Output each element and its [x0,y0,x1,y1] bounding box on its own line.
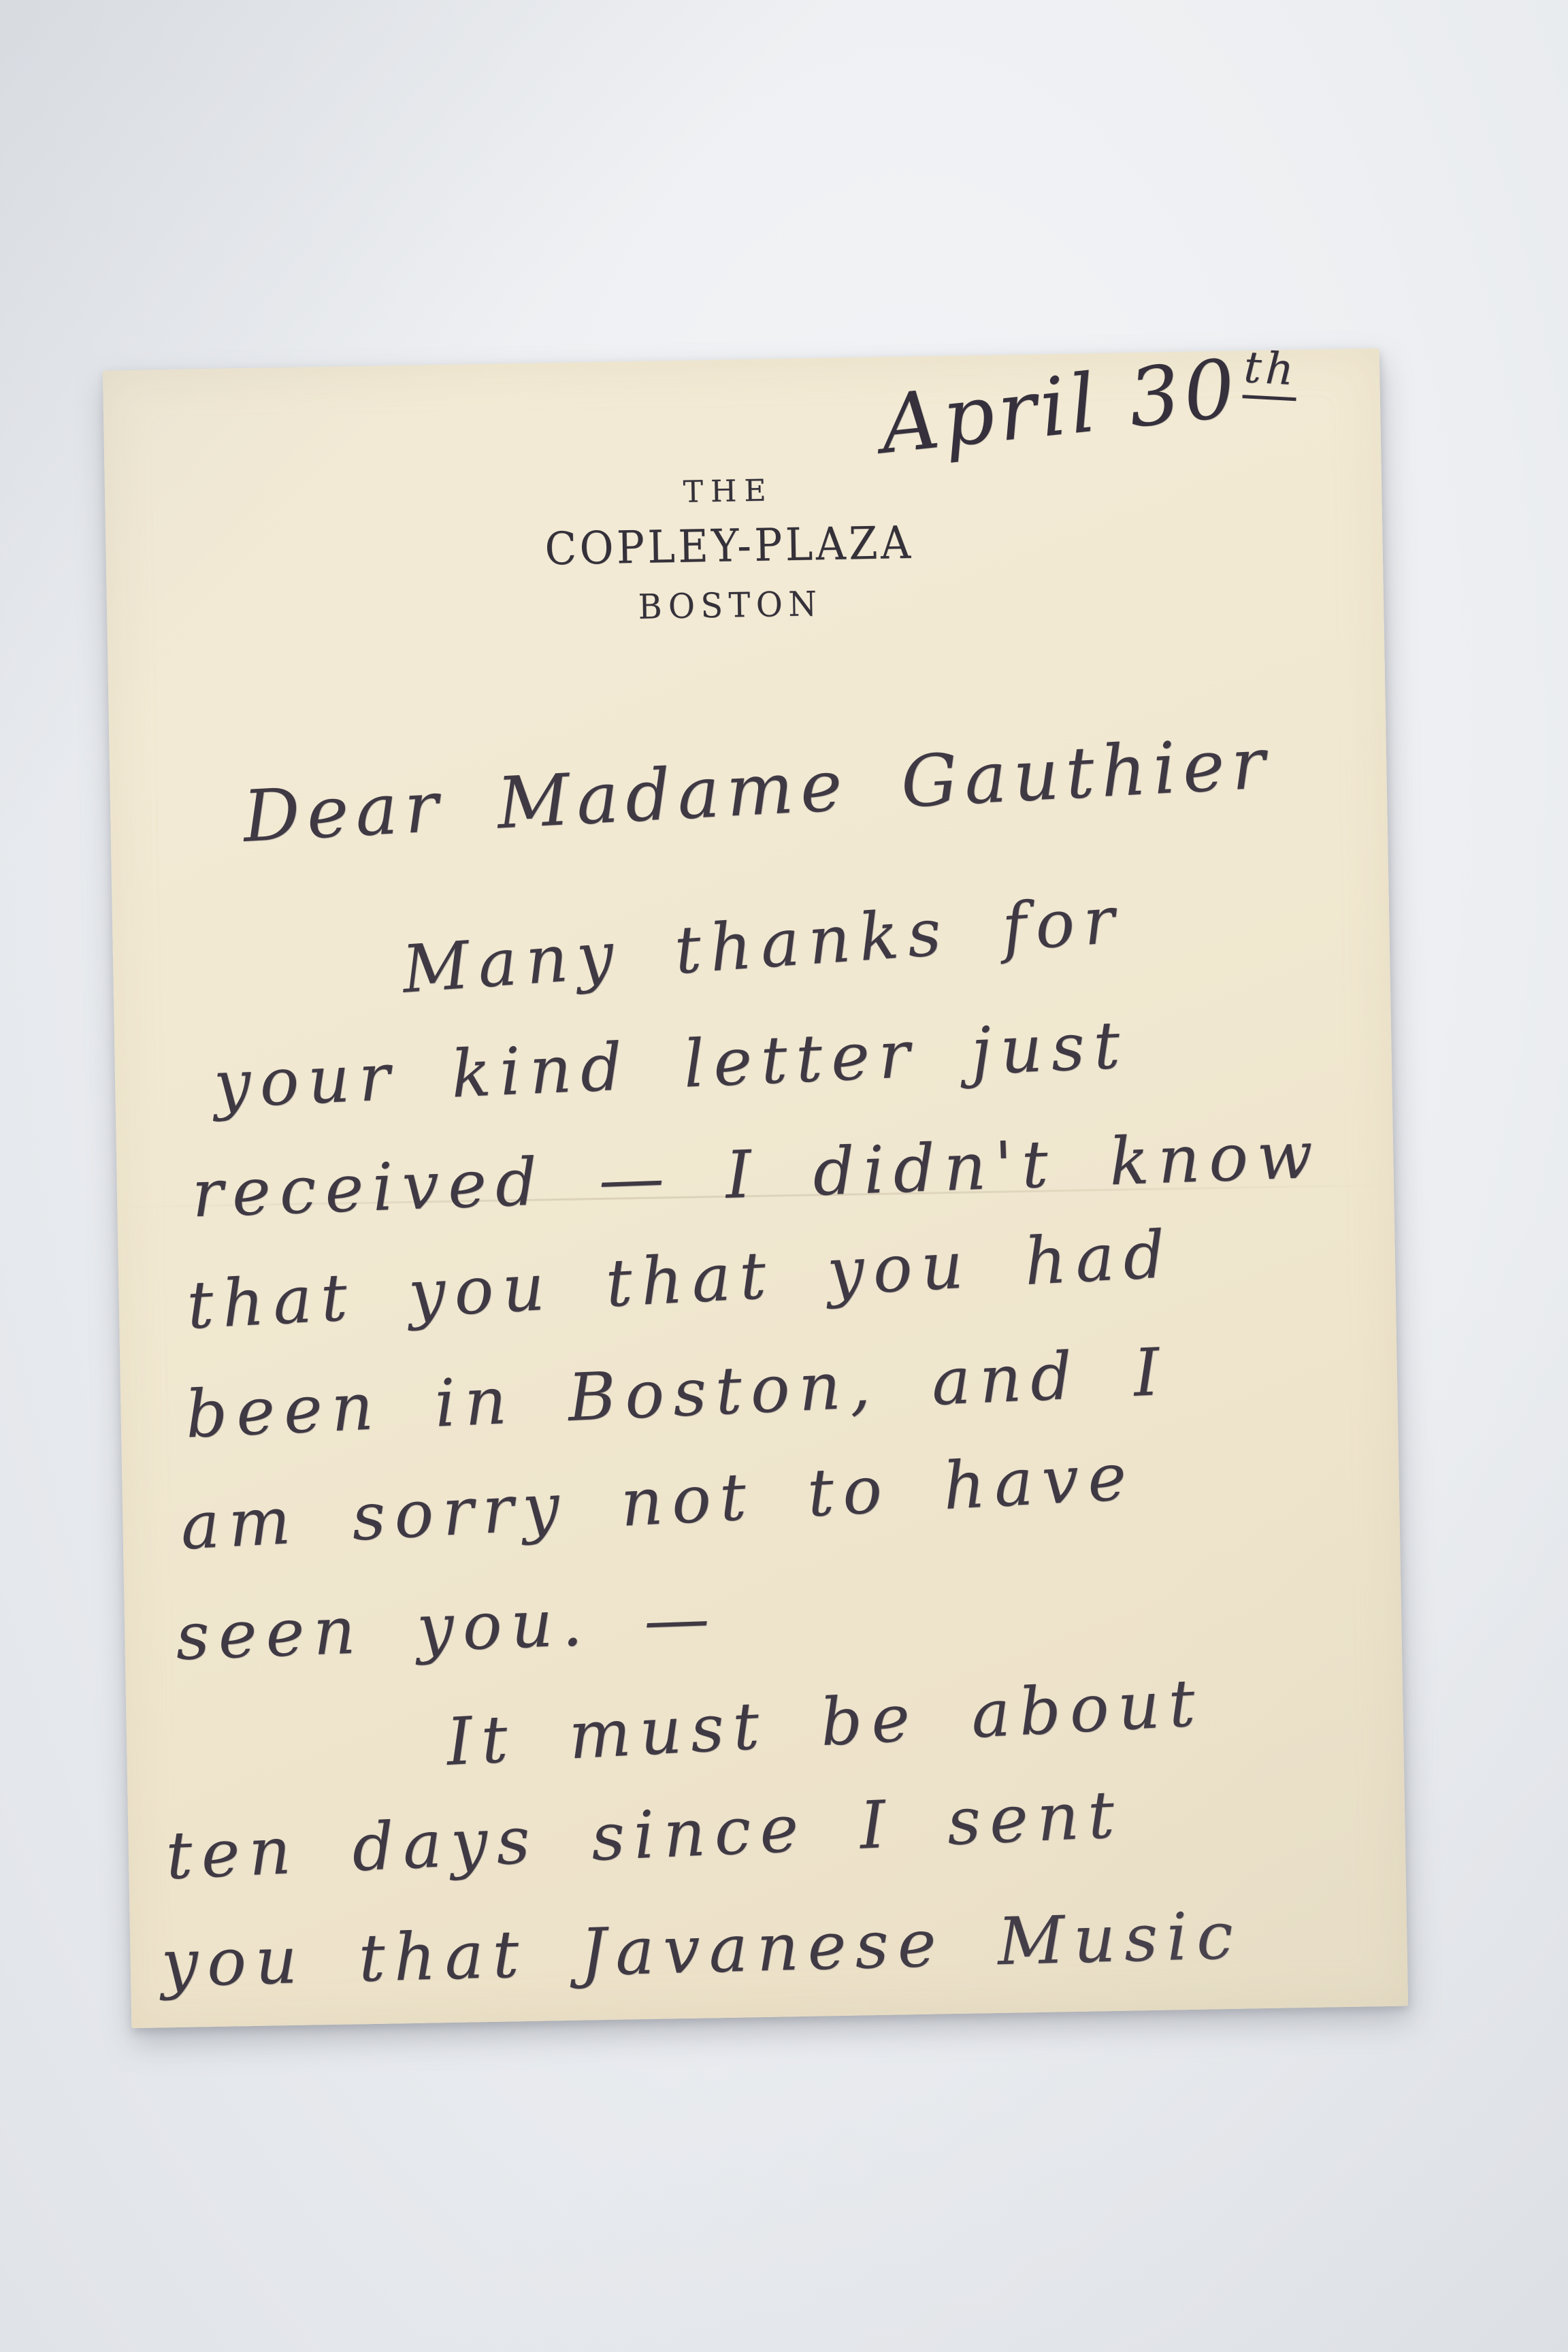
handwriting-line-salutation: Dear Madame Gauthier [241,721,1274,858]
handwriting-line: ten days since I sent [165,1776,1125,1894]
handwriting-line: It must be about [444,1665,1205,1780]
photo-scene: April 30th THE COPLEY-PLAZA BOSTON Dear … [0,0,1568,2352]
letterhead-hotel-name: COPLEY-PLAZA [155,510,1303,582]
handwriting-line: your kind letter just [212,1007,1130,1123]
handwriting-line: you that Javanese Music [160,1897,1243,2002]
date-superscript: th [1243,342,1299,401]
handwriting-line: Many thanks for [399,881,1126,1008]
handwriting-line: received — I didn't know [191,1117,1323,1232]
handwriting-line: seen you. — [174,1580,719,1675]
letterhead-the: THE [105,463,1352,520]
handwriting-line: that you that you had [185,1216,1176,1344]
letterhead: THE COPLEY-PLAZA BOSTON [105,463,1354,636]
letter-paper: April 30th THE COPLEY-PLAZA BOSTON Dear … [103,348,1408,2028]
letterhead-city: BOSTON [137,575,1322,635]
handwritten-date: April 30th [876,334,1303,472]
date-text: April 30 [876,341,1243,472]
handwriting-line: been in Boston, and I [184,1334,1170,1453]
handwriting-line: am sorry not to have [179,1438,1137,1564]
